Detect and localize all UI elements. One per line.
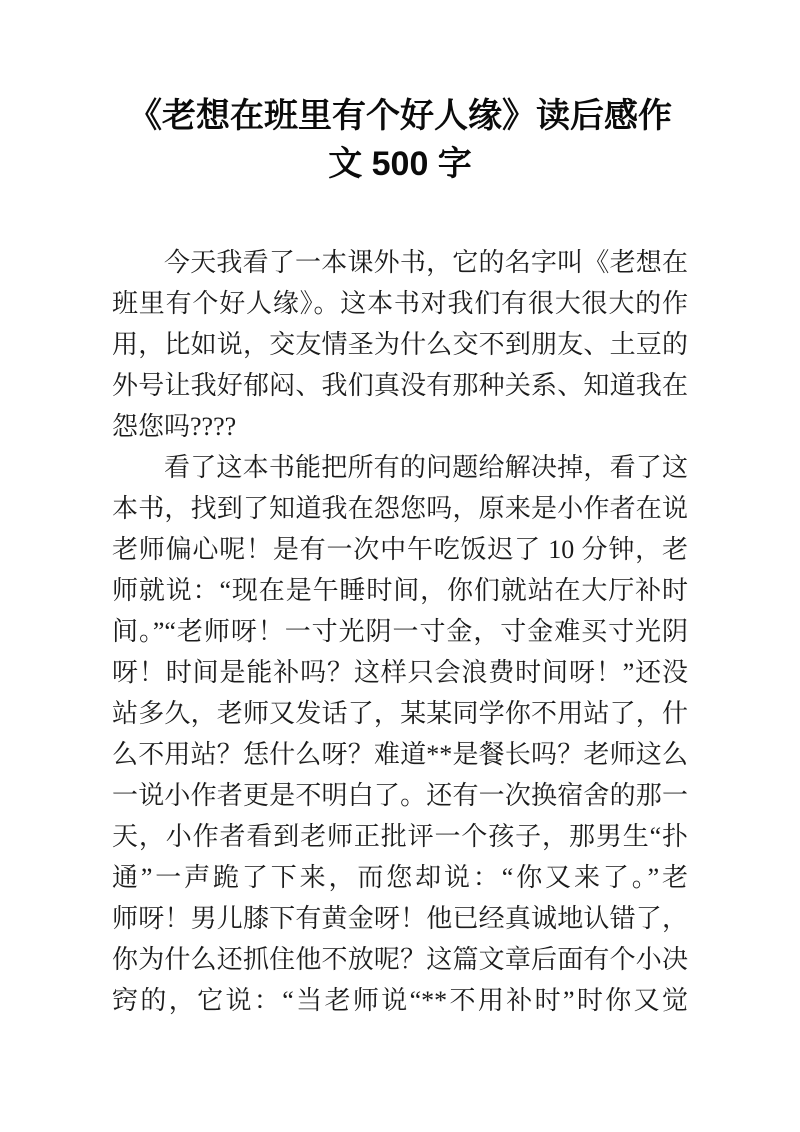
document-page: 《老想在班里有个好人缘》读后感作 文 500 字 今天我看了一本课外书，它的名字…	[0, 0, 800, 1132]
text-line: 本书，找到了知道我在怨您吗，原来是小作者在说	[112, 488, 688, 529]
text-line: 师就说：“现在是午睡时间，你们就站在大厅补时	[112, 570, 688, 611]
paragraph: 看了这本书能把所有的问题给解决掉，看了这本书，找到了知道我在怨您吗，原来是小作者…	[112, 447, 688, 1021]
text-line: 天，小作者看到老师正批评一个孩子，那男生“扑	[112, 816, 688, 857]
text-line: 老师偏心呢！是有一次中午吃饭迟了 10 分钟，老	[112, 529, 688, 570]
text-line: 外号让我好郁闷、我们真没有那种关系、知道我在	[112, 365, 688, 406]
text-line: 窍的，它说：“当老师说“**不用补时”时你又觉	[112, 980, 688, 1021]
text-line: 班里有个好人缘》。这本书对我们有很大很大的作	[112, 283, 688, 324]
page-title-line: 文 500 字	[112, 140, 688, 188]
page-title: 《老想在班里有个好人缘》读后感作 文 500 字	[112, 92, 688, 188]
page-title-line: 《老想在班里有个好人缘》读后感作	[112, 92, 688, 140]
text-line: 么不用站？恁什么呀？难道**是餐长吗？老师这么	[112, 734, 688, 775]
text-line: 通”一声跪了下来，而您却说：“你又来了。”老	[112, 857, 688, 898]
text-line: 看了这本书能把所有的问题给解决掉，看了这	[112, 447, 688, 488]
paragraph: 今天我看了一本课外书，它的名字叫《老想在班里有个好人缘》。这本书对我们有很大很大…	[112, 242, 688, 447]
text-line: 你为什么还抓住他不放呢？这篇文章后面有个小决	[112, 939, 688, 980]
text-line: 师呀！男儿膝下有黄金呀！他已经真诚地认错了，	[112, 898, 688, 939]
text-line: 一说小作者更是不明白了。还有一次换宿舍的那一	[112, 775, 688, 816]
text-line: 站多久，老师又发话了，某某同学你不用站了，什	[112, 693, 688, 734]
text-line: 今天我看了一本课外书，它的名字叫《老想在	[112, 242, 688, 283]
essay-body: 今天我看了一本课外书，它的名字叫《老想在班里有个好人缘》。这本书对我们有很大很大…	[112, 242, 688, 1021]
text-line: 间。”“老师呀！一寸光阴一寸金，寸金难买寸光阴	[112, 611, 688, 652]
text-line: 怨您吗????	[112, 406, 688, 447]
text-line: 用，比如说，交友情圣为什么交不到朋友、土豆的	[112, 324, 688, 365]
text-line: 呀！时间是能补吗？这样只会浪费时间呀！”还没	[112, 652, 688, 693]
